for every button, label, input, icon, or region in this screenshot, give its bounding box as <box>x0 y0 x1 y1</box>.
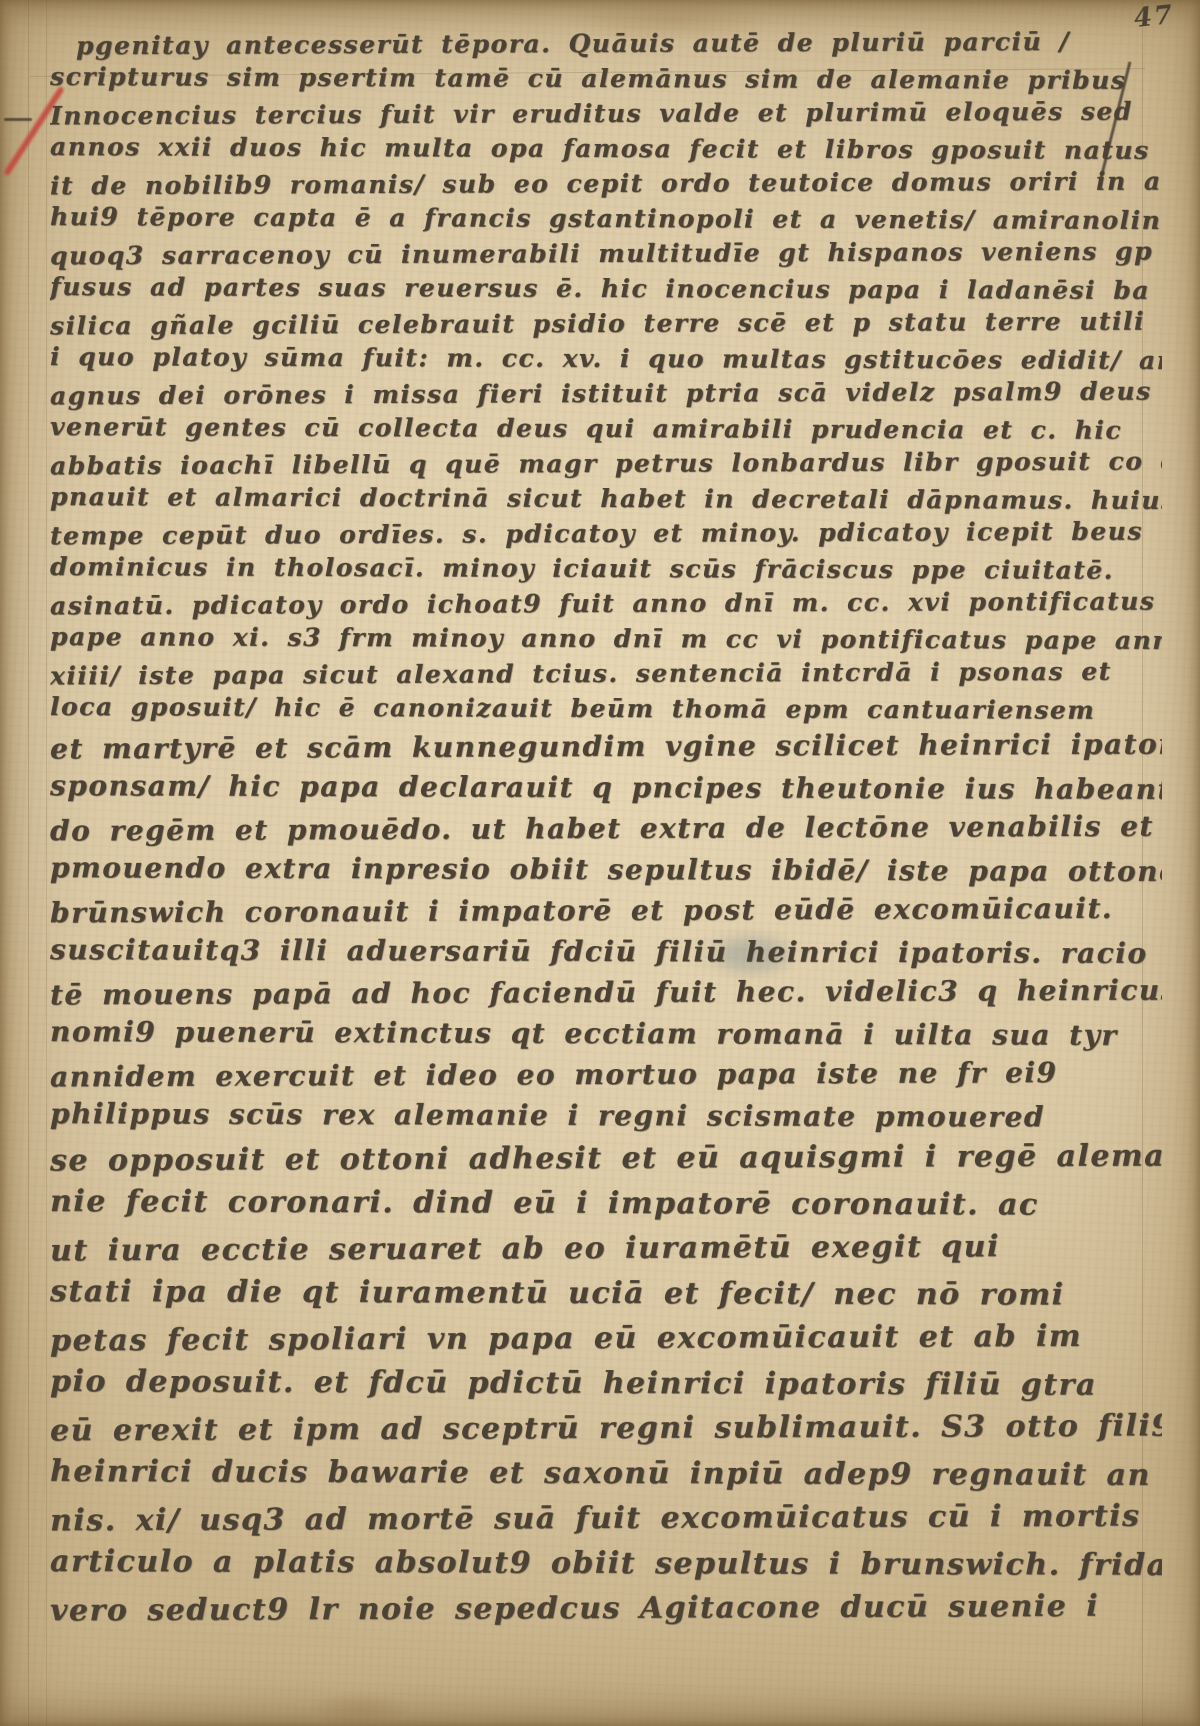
text-line: vero seduct9 lr noie sepedcus Agitacone … <box>50 1584 1162 1634</box>
left-margin-ruling-line-inner <box>46 0 47 1726</box>
text-line: asinatū. pdicatoy ordo ichoat9 fuit anno… <box>50 584 1162 624</box>
manuscript-text: pgenitay antecesserūt tēpora. Quāuis aut… <box>50 26 1162 1631</box>
text-line: ut iura ecctie seruaret ab eo iuramētū e… <box>50 1224 1162 1274</box>
text-line: pgenitay antecesserūt tēpora. Quāuis aut… <box>50 24 1162 64</box>
text-line: nis. xi/ usq3 ad mortē suā fuit excomūic… <box>50 1494 1162 1544</box>
text-line: petas fecit spoliari vn papa eū excomūic… <box>50 1314 1162 1364</box>
text-line: venerūt gentes cū collecta deus qui amir… <box>50 409 1162 448</box>
text-line: tē mouens papā ad hoc faciendū fuit hec.… <box>50 970 1162 1016</box>
text-line: et martyrē et scām kunnegundim vgine sci… <box>50 724 1162 770</box>
text-line: pape anno xi. s3 frm minoy anno dnī m cc… <box>50 619 1162 658</box>
text-line: Innocencius tercius fuit vir eruditus va… <box>50 94 1162 134</box>
text-line: xiiii/ iste papa sicut alexand tcius. se… <box>50 654 1162 694</box>
text-line: scripturus sim psertim tamē cū alemānus … <box>50 59 1162 98</box>
text-line: fusus ad partes suas reuersus ē. hic ino… <box>50 269 1162 308</box>
text-line: i quo platoy sūma fuit: m. cc. xv. i quo… <box>50 339 1162 378</box>
text-line: annidem exercuit et ideo eo mortuo papa … <box>50 1052 1162 1098</box>
text-line: suscitauitq3 illi aduersariū fdciū filiū… <box>50 929 1162 974</box>
text-line: annos xxii duos hic multa opa famosa fec… <box>50 129 1162 168</box>
text-line: quoq3 sarracenoy cū inumerabili multitud… <box>50 234 1162 274</box>
text-line: loca gposuit/ hic ē canonizauit beūm tho… <box>50 689 1162 728</box>
text-line: it de nobilib9 romanis/ sub eo cepit ord… <box>50 164 1162 204</box>
text-line: do regēm et pmouēdo. ut habet extra de l… <box>50 806 1162 852</box>
text-line: abbatis ioachī libellū q quē magr petrus… <box>50 444 1162 484</box>
text-line: se opposuit et ottoni adhesit et eū aqui… <box>50 1134 1162 1184</box>
text-line: heinrici ducis bawarie et saxonū inpiū a… <box>50 1449 1162 1498</box>
margin-tick-mark <box>4 118 32 121</box>
text-line: eū erexit et ipm ad sceptrū regni sublim… <box>50 1404 1162 1454</box>
text-line: pmouendo extra inpresio obiit sepultus i… <box>50 847 1162 892</box>
text-line: articulo a platis absolut9 obiit sepultu… <box>50 1539 1162 1588</box>
text-line: sponsam/ hic papa declarauit q pncipes t… <box>50 765 1162 810</box>
text-line: tempe cepūt duo ordīes. s. pdicatoy et m… <box>50 514 1162 554</box>
manuscript-page: 47 pgenitay antecesserūt tēpora. Quāuis … <box>0 0 1200 1726</box>
text-line: agnus dei orōnes i missa fieri istituit … <box>50 374 1162 414</box>
text-line: philippus scūs rex alemanie i regni scis… <box>50 1093 1162 1138</box>
text-line: nie fecit coronari. dind eū i impatorē c… <box>50 1179 1162 1228</box>
text-line: dominicus in tholosacī. minoy iciauit sc… <box>50 549 1162 588</box>
text-line: brūnswich coronauit i impatorē et post e… <box>50 888 1162 934</box>
text-line: silica gñale gciliū celebrauit psidio te… <box>50 304 1162 344</box>
text-line: hui9 tēpore capta ē a francis gstantinop… <box>50 199 1162 238</box>
text-line: pio deposuit. et fdcū pdictū heinrici ip… <box>50 1359 1162 1408</box>
text-line: stati ipa die qt iuramentū uciā et fecit… <box>50 1269 1162 1318</box>
left-margin-ruling-line <box>28 0 29 1726</box>
text-line: nomi9 puenerū extinctus qt ecctiam roman… <box>50 1011 1162 1056</box>
text-line: pnauit et almarici doctrinā sicut habet … <box>50 479 1162 518</box>
